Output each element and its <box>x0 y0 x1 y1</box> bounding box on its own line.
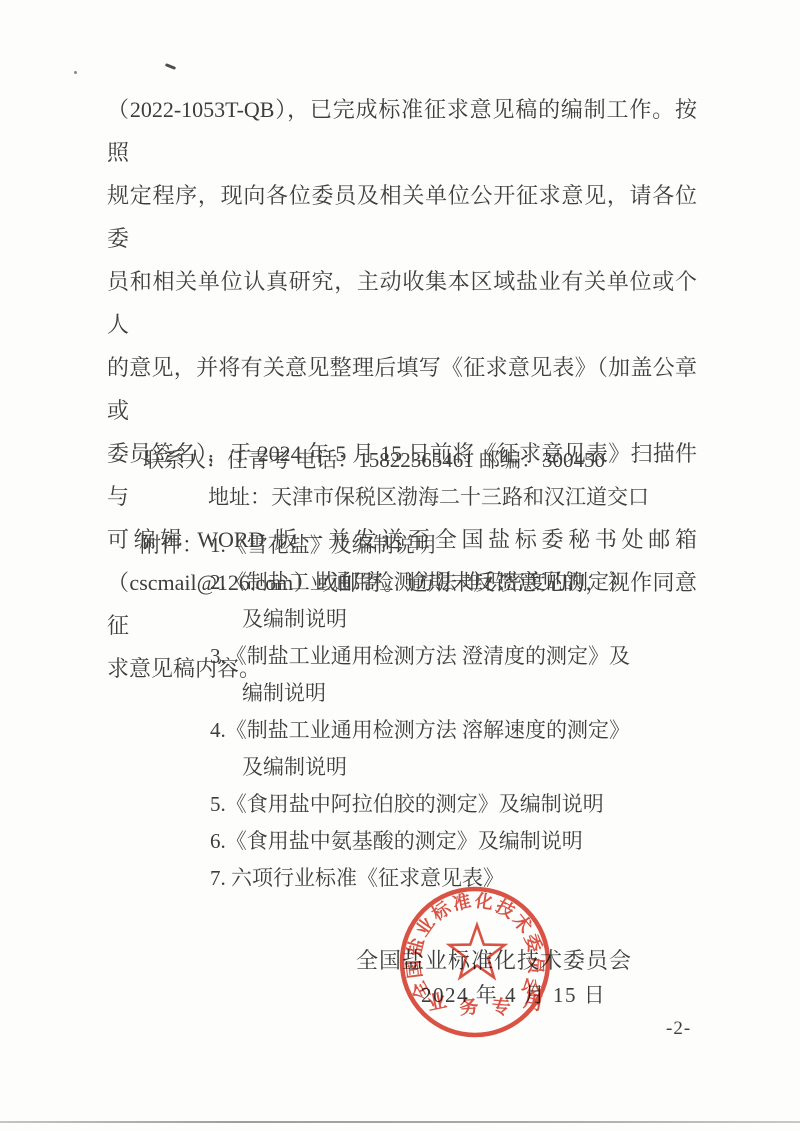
seal-ring-char: 盐 <box>403 936 428 959</box>
contact-address-line: 地址：天津市保税区渤海二十三路和汉江道交口 <box>208 481 649 511</box>
attachment-line: 4.《制盐工业通用检测方法 溶解速度的测定》 <box>210 712 690 749</box>
attachments-label: 附件： <box>140 527 203 564</box>
attachment-line: 及编制说明 <box>210 749 690 786</box>
seal-ring-char: 员 <box>525 956 546 977</box>
attachment-line: 1.《雪花盐》及编制说明 <box>210 527 690 564</box>
seal-ring-char: 准 <box>451 890 473 914</box>
paragraph-line: 的意见，并将有关意见整理后填写《征求意见表》（加盖公章或 <box>107 346 697 432</box>
attachment-line: 3.《制盐工业通用检测方法 澄清度的测定》及 <box>210 638 690 675</box>
contact-person-line: 联系人：任青考 电话：15822365461 邮编：300450 <box>143 444 605 474</box>
attachment-line: 6.《食用盐中氨基酸的测定》及编制说明 <box>210 823 690 860</box>
attachment-line: 2.《制盐工业通用检测方法 堆积密度的测定》 <box>210 564 690 601</box>
seal-ring-char: 化 <box>473 890 495 913</box>
attachment-line: 5.《食用盐中阿拉伯胶的测定》及编制说明 <box>210 786 690 823</box>
attachment-line: 编制说明 <box>210 675 690 712</box>
paragraph-line: （2022-1053T-QB），已完成标准征求意见稿的编制工作。按照 <box>107 88 697 174</box>
scan-edge-line <box>0 1121 800 1123</box>
seal-bottom-char: 业 <box>425 990 448 1015</box>
scan-artifact-dot <box>74 71 77 74</box>
attachment-line: 及编制说明 <box>210 601 690 638</box>
paragraph-line: 员和相关单位认真研究，主动收集本区域盐业有关单位或个人 <box>107 260 697 346</box>
page-number: -2- <box>666 1018 691 1040</box>
official-seal: 全国盐业标准化技术委员会业务专用 <box>385 872 565 1052</box>
star-icon <box>449 925 504 978</box>
seal-bottom-char: 务 <box>459 995 480 1019</box>
scan-artifact-dash <box>165 63 176 70</box>
paragraph-line: 规定程序，现向各位委员及相关单位公开征求意见，请各位委 <box>107 174 697 260</box>
seal-ring-char: 国 <box>403 959 425 979</box>
attachments-list: 1.《雪花盐》及编制说明 2.《制盐工业通用检测方法 堆积密度的测定》 及编制说… <box>210 527 690 897</box>
seal-bottom-char: 专 <box>491 995 512 1019</box>
seal-bottom-char: 用 <box>522 990 545 1015</box>
scanned-document-page: （2022-1053T-QB），已完成标准征求意见稿的编制工作。按照 规定程序，… <box>0 0 800 1131</box>
